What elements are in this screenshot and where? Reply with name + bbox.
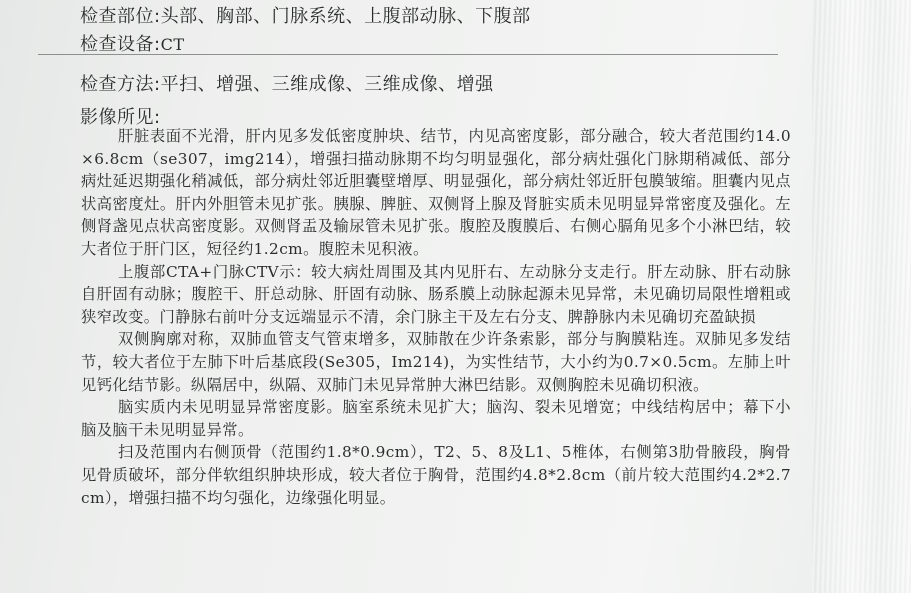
background-fabric — [812, 0, 911, 593]
exam-site-label: 检查部位: — [80, 6, 161, 27]
exam-site-row: 检查部位:头部、胸部、门脉系统、上腹部动脉、下腹部 — [80, 2, 531, 28]
exam-device-label: 检查设备: — [80, 34, 161, 55]
findings-paragraph-brain: 脑实质内未见明显异常密度影。脑室系统未见扩大；脑沟、裂未见增宽；中线结构居中；幕… — [81, 396, 791, 441]
exam-device-value: CT — [161, 35, 185, 54]
report-paper: 检查部位:头部、胸部、门脉系统、上腹部动脉、下腹部 检查设备:CT 检查方法:平… — [0, 0, 812, 593]
exam-method-label: 检查方法: — [80, 74, 161, 95]
findings-paragraph-chest: 双侧胸廓对称，双肺血管支气管束增多，双肺散在少许条索影，部分与胸膜粘连。双肺见多… — [81, 328, 791, 396]
exam-method-value: 平扫、增强、三维成像、三维成像、增强 — [161, 74, 494, 95]
exam-device-row: 检查设备:CT — [80, 30, 185, 56]
findings-paragraph-liver: 肝脏表面不光滑，肝内见多发低密度肿块、结节，内见高密度影，部分融合，较大者范围约… — [81, 125, 791, 261]
section-divider — [38, 54, 778, 55]
findings-body: 肝脏表面不光滑，肝内见多发低密度肿块、结节，内见高密度影，部分融合，较大者范围约… — [81, 125, 791, 509]
findings-paragraph-cta: 上腹部CTA+门脉CTV示：较大病灶周围及其内见肝右、左动脉分支走行。肝左动脉、… — [81, 261, 791, 329]
exam-site-value: 头部、胸部、门脉系统、上腹部动脉、下腹部 — [161, 6, 531, 27]
findings-paragraph-bone: 扫及范围内右侧顶骨（范围约1.8*0.9cm），T2、5、8及L1、5椎体，右侧… — [81, 441, 791, 509]
exam-method-row: 检查方法:平扫、增强、三维成像、三维成像、增强 — [80, 70, 494, 96]
